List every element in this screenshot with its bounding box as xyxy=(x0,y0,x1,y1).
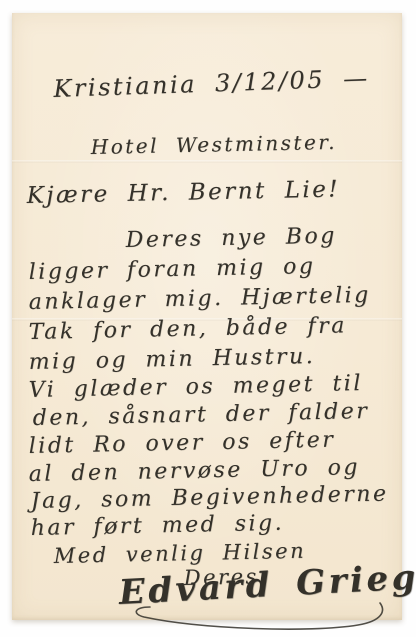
body-line: mig og min Hustru. xyxy=(28,344,315,375)
body-line: har ført med sig. xyxy=(30,511,284,541)
body-line: anklager mig. Hjærtelig xyxy=(28,283,371,315)
body-line: den, såsnart der falder xyxy=(32,399,369,431)
body-line: lidt Ro over os efter xyxy=(28,428,335,459)
date-line: Kristiania 3/12/05 — xyxy=(53,64,370,103)
body-line: Vi glæder os meget til xyxy=(28,371,363,403)
paper-crease xyxy=(12,160,402,163)
scanned-letter: Kristiania 3/12/05 — Hotel Westminster. … xyxy=(0,0,416,637)
body-line: Deres nye Bog xyxy=(125,224,337,253)
body-line: ligger foran mig og xyxy=(28,254,315,285)
closing-line: Med venlig Hilsen xyxy=(53,539,306,568)
body-line: Jag, som Begivenhederne xyxy=(30,482,388,514)
body-line: Tak for den, både fra xyxy=(28,313,347,345)
greeting-line: Kjære Hr. Bernt Lie! xyxy=(26,176,340,209)
letter-paper: Kristiania 3/12/05 — Hotel Westminster. … xyxy=(12,13,402,620)
address-line: Hotel Westminster. xyxy=(90,130,337,159)
